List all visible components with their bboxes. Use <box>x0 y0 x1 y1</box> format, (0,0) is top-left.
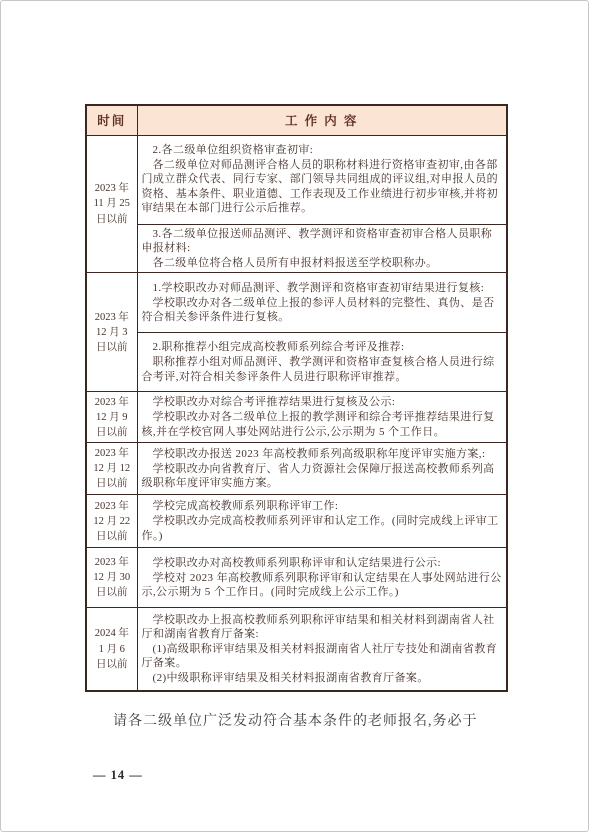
document-page: 时间 工 作 内 容 2023 年 11 月 25 日以前 2.各二级单位组织资… <box>0 0 589 832</box>
content-cell: 学校职改办报送 2023 年高校教师系列高级职称年度评审实施方案,: 学校职改办… <box>137 443 507 495</box>
content-paragraph: 2.各二级单位组织资格审查初审: <box>142 143 503 158</box>
content-paragraph: 学校职改办对各二级单位上报的教学测评和综合考评推荐结果进行复核,并在学校官网人事… <box>142 410 503 439</box>
date-cell: 2023 年 12 月 9 日以前 <box>86 392 137 443</box>
table-row: 2023 年 11 月 25 日以前 2.各二级单位组织资格审查初审: 各二级单… <box>86 135 507 224</box>
content-cell: 学校完成高校教师系列职称评审工作: 学校职改办完成高校教师系列评审和认定工作。(… <box>137 495 507 548</box>
content-cell: 学校职改办对综合考评推荐结果进行复核及公示: 学校职改办对各二级单位上报的教学测… <box>137 392 507 443</box>
date-cell: 2023 年 11 月 25 日以前 <box>86 135 137 273</box>
content-paragraph: 3.各二级单位报送师品测评、教学测评和资格审查初审合格人员职称申报材料: <box>142 227 503 256</box>
date-cell: 2023 年 12 月 22 日以前 <box>86 495 137 548</box>
content-paragraph: 2.职称推荐小组完成高校教师系列综合考评及推荐: <box>142 340 503 355</box>
table-row: 2023 年 12 月 22 日以前 学校完成高校教师系列职称评审工作: 学校职… <box>86 495 507 548</box>
content-paragraph: 学校职改办完成高校教师系列评审和认定工作。(同时完成线上评审工作。) <box>142 514 503 543</box>
content-paragraph: 学校职改办报送 2023 年高校教师系列高级职称年度评审实施方案,: <box>142 447 503 462</box>
content-cell: 3.各二级单位报送师品测评、教学测评和资格审查初审合格人员职称申报材料: 各二级… <box>137 224 507 273</box>
content-paragraph: 职称推荐小组对师品测评、教学测评和资格审查复核合格人员进行综合考评,对符合相关参… <box>142 355 503 384</box>
content-paragraph: 学校职改办向省教育厅、省人力资源社会保障厅报送高校教师系列高级职称年度评审实施方… <box>142 462 503 491</box>
date-cell: 2023 年 12 月 30 日以前 <box>86 548 137 608</box>
content-cell: 2.职称推荐小组完成高校教师系列综合考评及推荐: 职称推荐小组对师品测评、教学测… <box>137 333 507 392</box>
date-cell: 2023 年 12 月 3 日以前 <box>86 273 137 392</box>
content-paragraph: 学校对 2023 年高校教师系列职称评审和认定结果在人事处网站进行公示,公示期为… <box>142 571 503 600</box>
content-paragraph: 各二级单位对师品测评合格人员的职称材料进行资格审查初审,由各部门成立群众代表、同… <box>142 158 503 217</box>
content-cell: 学校职改办上报高校教师系列职称评审结果和相关材料到湖南省人社厅和湖南省教育厅备案… <box>137 608 507 691</box>
date-cell: 2023 年 12 月 12 日以前 <box>86 443 137 495</box>
content-paragraph: (1)高级职称评审结果及相关材料报湖南省人社厅专技处和湖南省教育厅备案。 <box>142 642 503 671</box>
content-paragraph: 学校完成高校教师系列职称评审工作: <box>142 499 503 514</box>
table-row: 2023 年 12 月 12 日以前 学校职改办报送 2023 年高校教师系列高… <box>86 443 507 495</box>
content-paragraph: 学校职改办对各二级单位上报的参评人员材料的完整性、真伪、是否符合相关参评条件进行… <box>142 296 503 325</box>
content-paragraph: 学校职改办对综合考评推荐结果进行复核及公示: <box>142 395 503 410</box>
table-row: 2023 年 12 月 3 日以前 1.学校职改办对师品测评、教学测评和资格审查… <box>86 273 507 333</box>
content-paragraph: 各二级单位将合格人员所有申报材料报送至学校职称办。 <box>142 256 503 271</box>
table-row: 2023 年 12 月 9 日以前 学校职改办对综合考评推荐结果进行复核及公示:… <box>86 392 507 443</box>
table-row: 2.职称推荐小组完成高校教师系列综合考评及推荐: 职称推荐小组对师品测评、教学测… <box>86 333 507 392</box>
content-paragraph: 学校职改办上报高校教师系列职称评审结果和相关材料到湖南省人社厅和湖南省教育厅备案… <box>142 613 503 642</box>
content-cell: 2.各二级单位组织资格审查初审: 各二级单位对师品测评合格人员的职称材料进行资格… <box>137 135 507 224</box>
table-row: 2024 年 1 月 6 日以前 学校职改办上报高校教师系列职称评审结果和相关材… <box>86 608 507 691</box>
closing-paragraph: 请各二级单位广泛发动符合基本条件的老师报名,务必于 <box>85 711 504 732</box>
content-paragraph: 1.学校职改办对师品测评、教学测评和资格审查初审结果进行复核: <box>142 281 503 296</box>
header-content: 工 作 内 容 <box>137 105 507 135</box>
page-number: — 14 — <box>93 768 143 783</box>
schedule-table: 时间 工 作 内 容 2023 年 11 月 25 日以前 2.各二级单位组织资… <box>85 104 508 692</box>
header-time: 时间 <box>86 105 137 135</box>
content-paragraph: (2)中级职称评审结果及相关材料报湖南省教育厅备案。 <box>142 671 503 686</box>
content-cell: 学校职改办对高校教师系列职称评审和认定结果进行公示: 学校对 2023 年高校教… <box>137 548 507 608</box>
content-cell: 1.学校职改办对师品测评、教学测评和资格审查初审结果进行复核: 学校职改办对各二… <box>137 273 507 333</box>
table-header-row: 时间 工 作 内 容 <box>86 105 507 135</box>
table-row: 2023 年 12 月 30 日以前 学校职改办对高校教师系列职称评审和认定结果… <box>86 548 507 608</box>
table-row: 3.各二级单位报送师品测评、教学测评和资格审查初审合格人员职称申报材料: 各二级… <box>86 224 507 273</box>
date-cell: 2024 年 1 月 6 日以前 <box>86 608 137 691</box>
content-paragraph: 学校职改办对高校教师系列职称评审和认定结果进行公示: <box>142 556 503 571</box>
